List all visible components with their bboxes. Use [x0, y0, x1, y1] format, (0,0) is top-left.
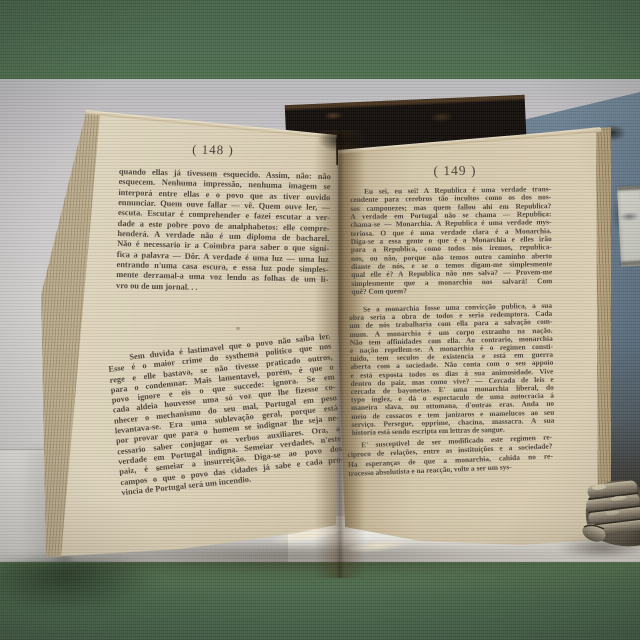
label-handwriting-mark [619, 212, 639, 222]
metal-hand-sculpture-icon [582, 471, 640, 549]
label-smudge-bottom [621, 260, 640, 265]
label-smudge-top [617, 185, 640, 190]
right-page-paragraph-2: Se a monarchia fosse uma convicção publi… [349, 302, 555, 437]
foxing-spot [236, 327, 240, 330]
page-number-148: ( 148 ) [177, 141, 249, 158]
spine-label [617, 185, 640, 266]
right-page-paragraph-1: Eu sei, eu sei! A Republica é uma verdad… [350, 185, 552, 296]
book-photo: ( 148 ) quando ellas já tivessem esqueci… [0, 0, 640, 640]
left-page-paragraph-2: Sem duvida é lastimavel que o povo não s… [107, 332, 345, 499]
left-page-paragraph-1: quando ellas já tivessem esquecido. Assi… [116, 167, 331, 296]
shadow-on-green [0, 558, 158, 613]
top-green-band [0, 0, 640, 79]
page-number-149: ( 149 ) [419, 163, 491, 180]
